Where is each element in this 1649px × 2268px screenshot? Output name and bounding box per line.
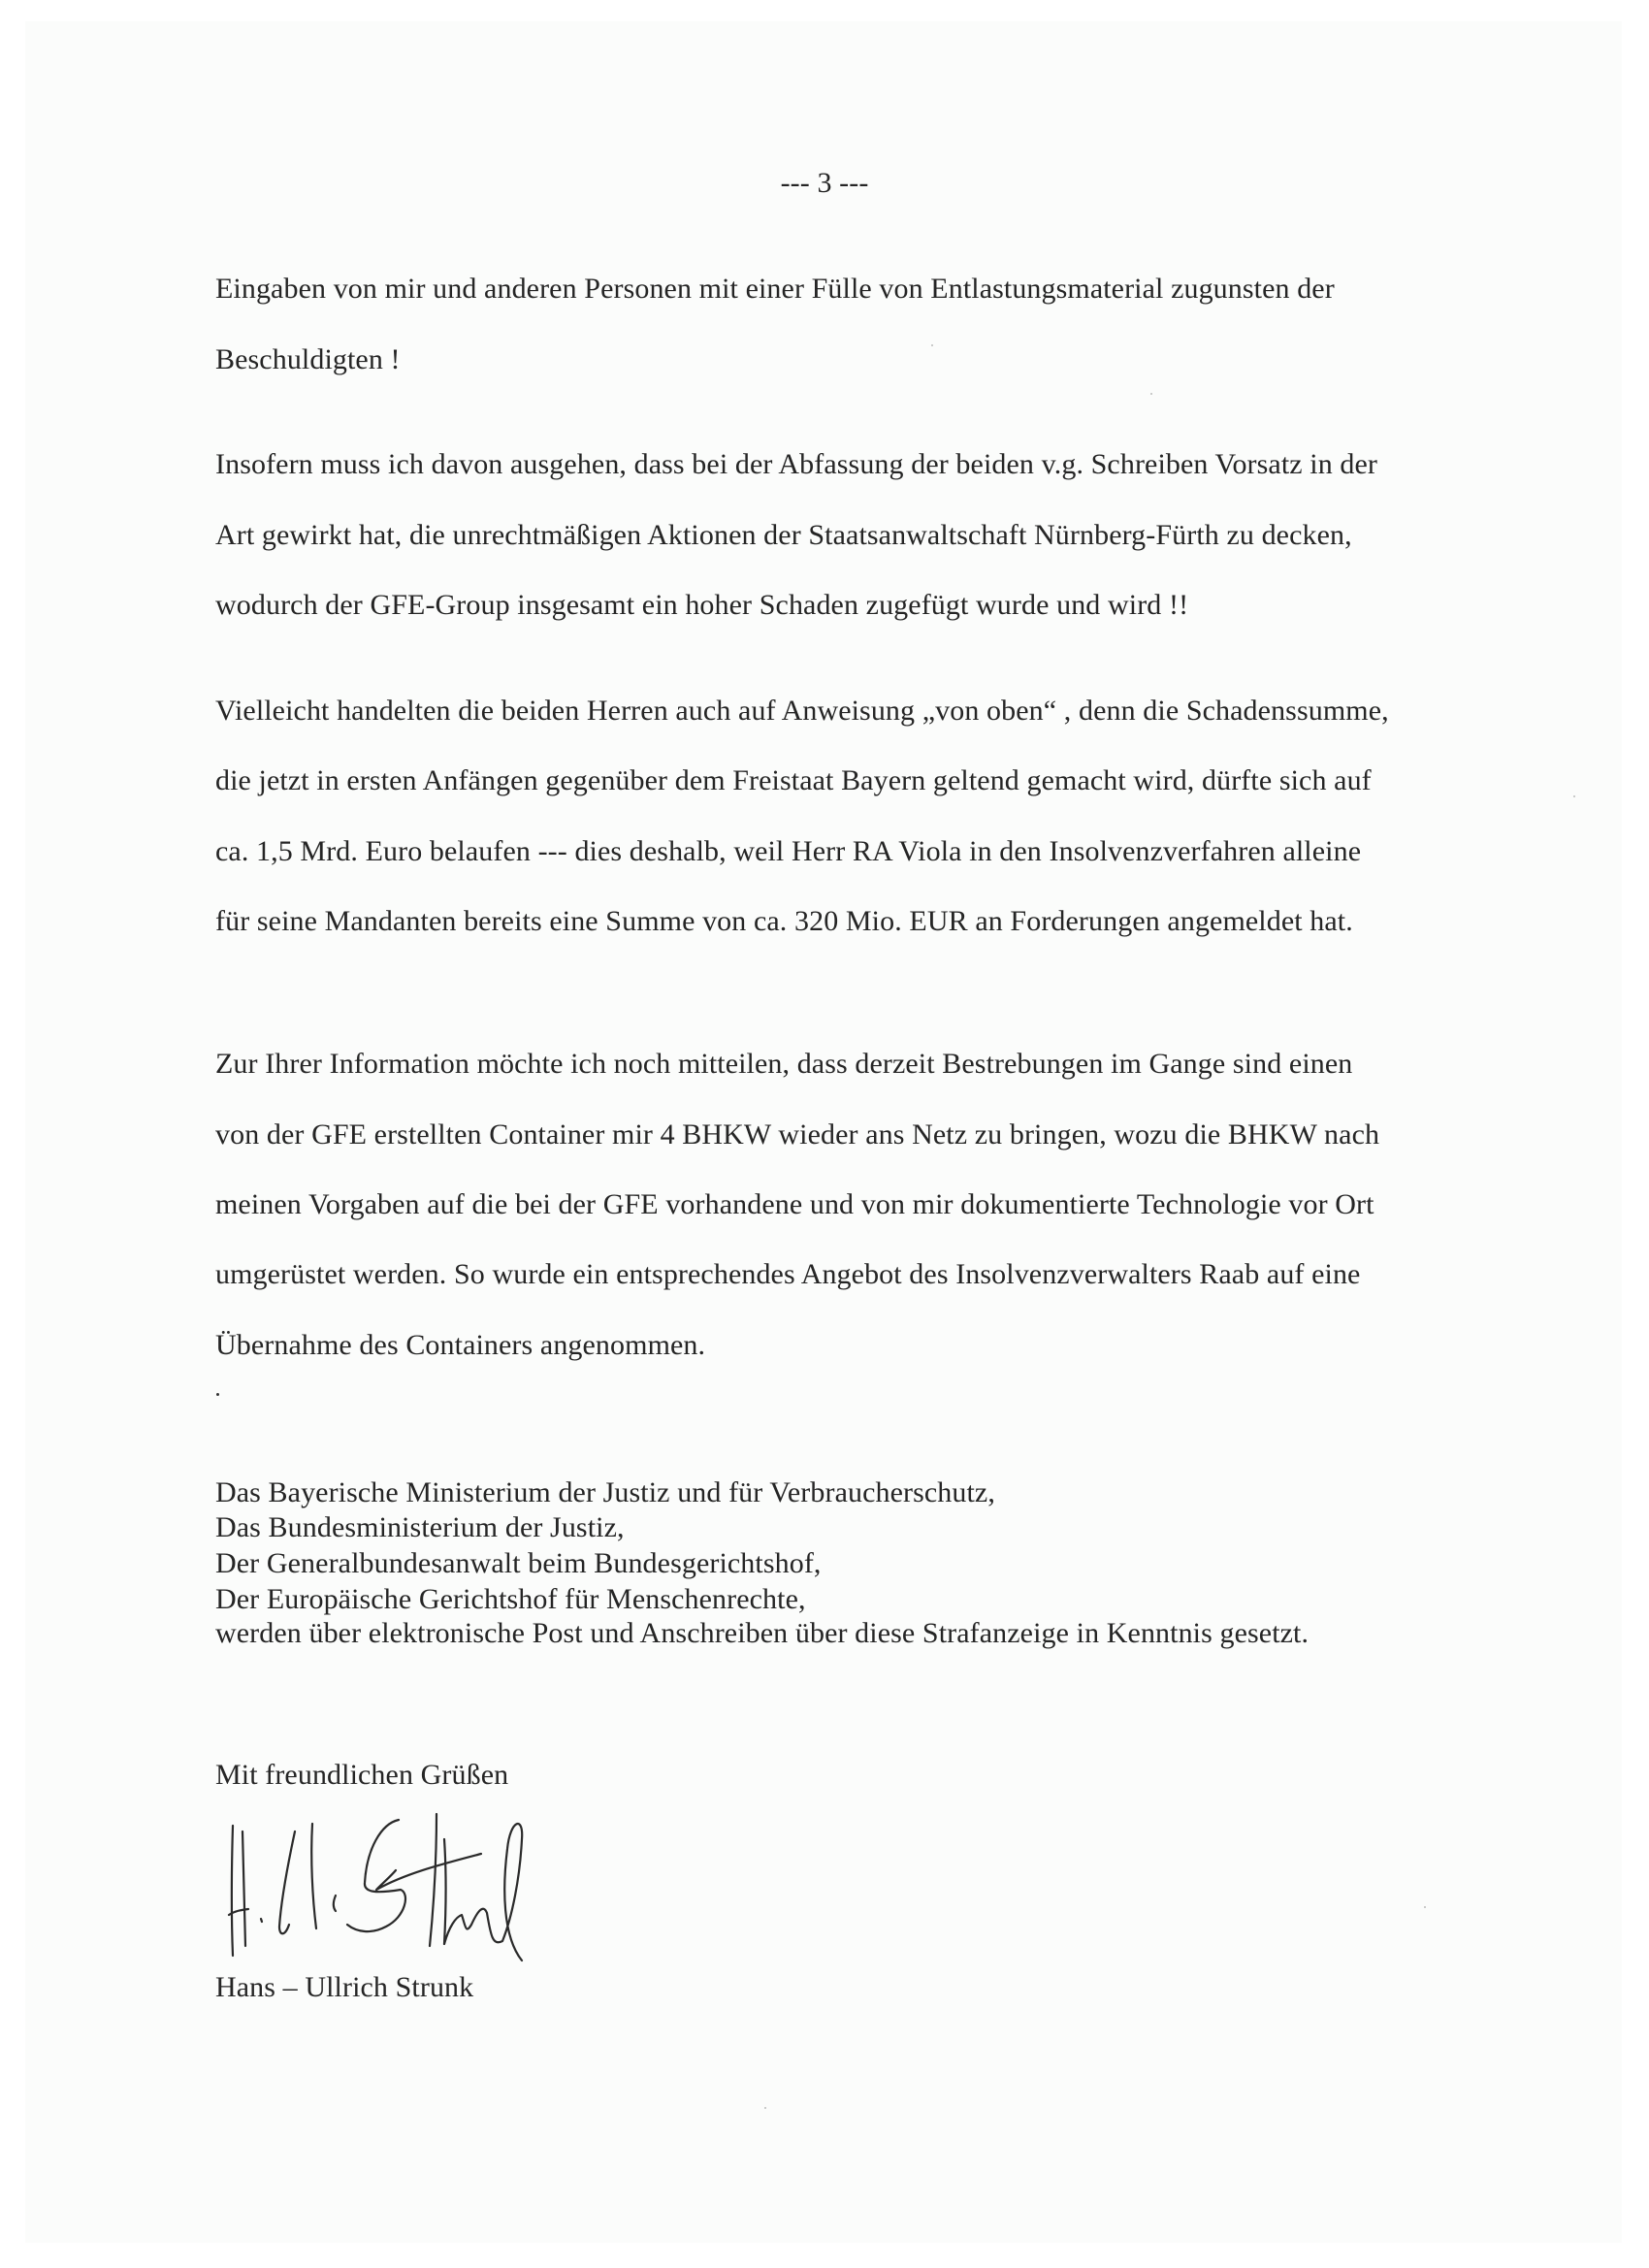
paragraph-2-line-2: Art gewirkt hat, die unrechtmäßigen Akti… bbox=[215, 521, 1352, 550]
paragraph-1-line-2: Beschuldigten ! bbox=[215, 345, 401, 374]
paragraph-2-line-1: Insofern muss ich davon ausgehen, dass b… bbox=[215, 450, 1377, 479]
scan-speck bbox=[764, 2107, 766, 2109]
paragraph-4-line-3: meinen Vorgaben auf die bei der GFE vorh… bbox=[215, 1190, 1374, 1219]
closing-greeting: Mit freundlichen Grüßen bbox=[215, 1761, 508, 1790]
paragraph-3-line-4: für seine Mandanten bereits eine Summe v… bbox=[215, 907, 1353, 936]
signatory-name: Hans – Ullrich Strunk bbox=[215, 1973, 473, 2002]
stray-dot bbox=[216, 1393, 219, 1396]
paragraph-4-line-2: von der GFE erstellten Container mir 4 B… bbox=[215, 1120, 1379, 1150]
scan-speck bbox=[1150, 393, 1152, 395]
paragraph-4-line-1: Zur Ihrer Information möchte ich noch mi… bbox=[215, 1050, 1352, 1079]
paragraph-4-line-4: umgerüstet werden. So wurde ein entsprec… bbox=[215, 1260, 1360, 1289]
notification-recipient-3: Der Generalbundesanwalt beim Bundesgeric… bbox=[215, 1549, 822, 1578]
notification-statement: werden über elektronische Post und Ansch… bbox=[215, 1619, 1309, 1648]
notification-recipient-4: Der Europäische Gerichtshof für Menschen… bbox=[215, 1585, 806, 1614]
notification-recipient-1: Das Bayerische Ministerium der Justiz un… bbox=[215, 1478, 995, 1507]
paragraph-3-line-2: die jetzt in ersten Anfängen gegenüber d… bbox=[215, 766, 1372, 795]
notification-recipient-2: Das Bundesministerium der Justiz, bbox=[215, 1513, 625, 1542]
scan-speck bbox=[1573, 795, 1575, 797]
scan-speck bbox=[931, 344, 933, 346]
paragraph-2-line-3: wodurch der GFE-Group insgesamt ein hohe… bbox=[215, 591, 1188, 620]
page-number-header: --- 3 --- bbox=[0, 169, 1649, 198]
paragraph-3-line-3: ca. 1,5 Mrd. Euro belaufen --- dies desh… bbox=[215, 837, 1361, 866]
paragraph-1-line-1: Eingaben von mir und anderen Personen mi… bbox=[215, 275, 1335, 304]
handwritten-signature-icon bbox=[211, 1810, 541, 1975]
paragraph-3-line-1: Vielleicht handelten die beiden Herren a… bbox=[215, 697, 1389, 726]
paragraph-4-line-5: Übernahme des Containers angenommen. bbox=[215, 1331, 705, 1360]
scan-speck bbox=[1424, 1906, 1426, 1908]
